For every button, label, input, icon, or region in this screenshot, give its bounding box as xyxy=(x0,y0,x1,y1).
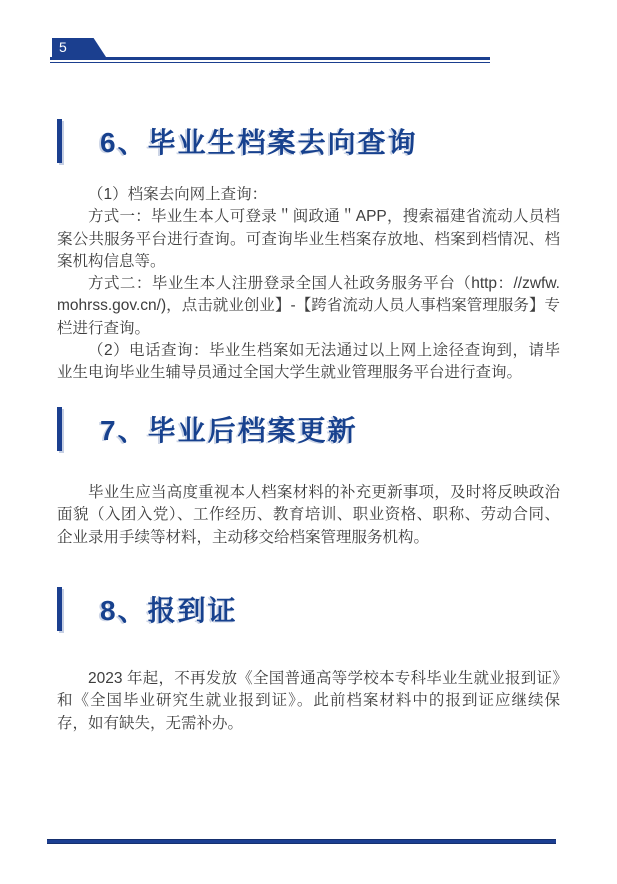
section-title: 8、报到证 xyxy=(100,589,238,629)
section-heading-archive-query: 6、毕业生档案去向查询 xyxy=(57,118,418,164)
paragraph: （1）档案去向网上查询： xyxy=(57,184,560,206)
section-heading-archive-update: 7、毕业后档案更新 xyxy=(57,406,358,452)
section-body-archive-query: （1）档案去向网上查询： 方式一：毕业生本人可登录＂闽政通＂APP，搜索福建省流… xyxy=(57,184,560,385)
section-title: 6、毕业生档案去向查询 xyxy=(100,121,418,161)
heading-accent-bar xyxy=(57,587,62,631)
section-title: 7、毕业后档案更新 xyxy=(100,409,358,449)
section-heading-registration-card: 8、报到证 xyxy=(57,586,238,632)
section-body-archive-update: 毕业生应当高度重视本人档案材料的补充更新事项，及时将反映政治面貌（入团入党）、工… xyxy=(57,482,560,549)
page-number: 5 xyxy=(52,38,67,57)
paragraph: （2）电话查询：毕业生档案如无法通过以上网上途径查询到，请毕业生电询毕业生辅导员… xyxy=(57,340,560,385)
section-body-registration-card: 2023 年起，不再发放《全国普通高等学校本专科毕业生就业报到证》和《全国毕业研… xyxy=(57,668,560,735)
heading-accent-bar xyxy=(57,407,62,451)
document-page: 5 6、毕业生档案去向查询 （1）档案去向网上查询： 方式一：毕业生本人可登录＂… xyxy=(0,0,617,884)
header-divider xyxy=(50,57,490,63)
footer-divider xyxy=(47,839,556,844)
paragraph: 方式二：毕业生本人注册登录全国人社政务服务平台（http：//zwfw.mohr… xyxy=(57,273,560,340)
paragraph: 2023 年起，不再发放《全国普通高等学校本专科毕业生就业报到证》和《全国毕业研… xyxy=(57,668,560,735)
paragraph: 方式一：毕业生本人可登录＂闽政通＂APP，搜索福建省流动人员档案公共服务平台进行… xyxy=(57,206,560,273)
paragraph: 毕业生应当高度重视本人档案材料的补充更新事项，及时将反映政治面貌（入团入党）、工… xyxy=(57,482,560,549)
heading-accent-bar xyxy=(57,119,62,163)
page-number-badge: 5 xyxy=(52,38,106,57)
